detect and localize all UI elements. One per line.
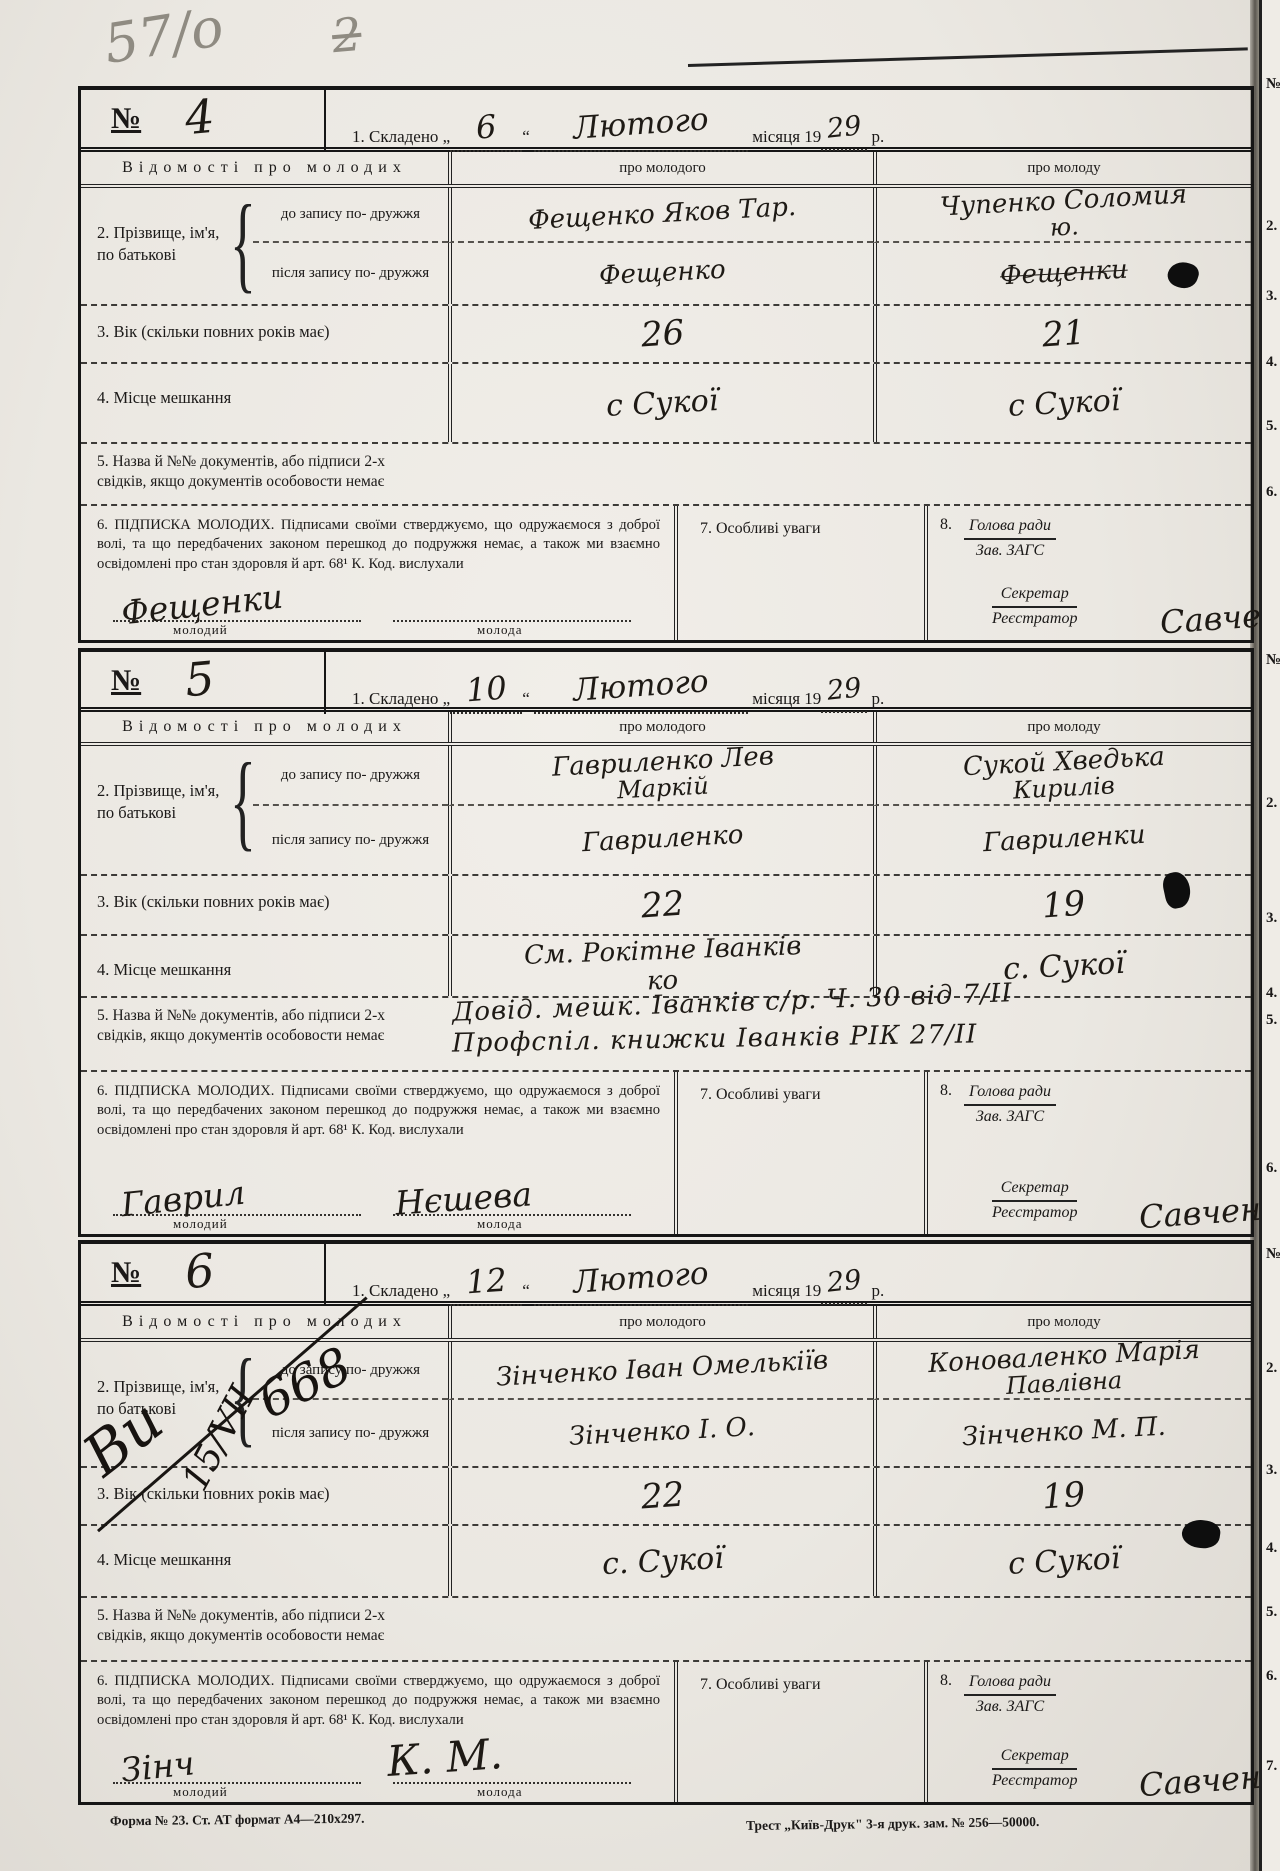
year-handwritten: 29 — [826, 110, 863, 144]
next-page-fragment-label: 2. — [1266, 218, 1277, 235]
documents-label-line2: свідків, якщо документів особовости нема… — [97, 1026, 448, 1046]
groom-name-after-cell: Зінченко І. О. — [448, 1400, 873, 1466]
misyatsya-label: місяця — [752, 689, 800, 708]
head-of-council-label: Голова ради — [964, 1082, 1056, 1106]
day-handwritten: 10 — [465, 669, 508, 710]
bride-signature-label: молода — [477, 1784, 523, 1800]
record-header-row: № 6 1. Складено „12“ Лютого місяця 1929 … — [81, 1244, 1251, 1306]
secretary-fraction: Секретар Реєстратор — [992, 1178, 1077, 1224]
day-handwritten: 6 — [475, 107, 498, 146]
next-page-fragment-label: 4. — [1266, 985, 1277, 1002]
documents-label: 5. Назва й №№ документів, або підписи 2-… — [81, 998, 448, 1070]
signatures-row: 6. ПІДПИСКА МОЛОДИХ. Підписами своїми ст… — [81, 1662, 1251, 1802]
next-page-fragment-label: 4. — [1266, 354, 1277, 371]
residence-row: 4. Місце мешкання с Сукої с Сукої — [81, 364, 1251, 444]
residence-label: 4. Місце мешкання — [81, 1526, 448, 1596]
oath-paragraph: 6. ПІДПИСКА МОЛОДИХ. Підписами своїми ст… — [97, 1082, 660, 1140]
age-label: 3. Вік (скільки повних років має) — [81, 876, 448, 934]
col-header-main: Відомості про молодих — [81, 152, 448, 184]
column-header-row: Відомості про молодих про молодого про м… — [81, 1306, 1251, 1342]
age-row: 3. Вік (скільки повних років має) 22 19 — [81, 876, 1251, 936]
col-header-main: Відомості про молодих — [81, 1306, 448, 1338]
next-page-fragment-label: 2. — [1266, 1360, 1277, 1377]
column-header-row: Відомості про молодих про молодого про м… — [81, 712, 1251, 746]
documents-label-line1: 5. Назва й №№ документів, або підписи 2-… — [97, 452, 448, 472]
bride-name-after-cell: Зінченко М. П. — [873, 1400, 1251, 1466]
groom-residence: с. Сукої — [601, 1540, 724, 1581]
open-quote: „ — [443, 689, 451, 708]
year-handwritten: 29 — [826, 1264, 863, 1298]
month-blank: Лютого — [534, 114, 748, 152]
oath-paragraph-cell: 6. ПІДПИСКА МОЛОДИХ. Підписами своїми ст… — [81, 1662, 674, 1802]
officials-cell: 8. Голова ради Зав. ЗАГС Секретар Реєстр… — [924, 1662, 1251, 1802]
month-handwritten: Лютого — [572, 1255, 710, 1300]
groom-name-after: Гавриленко — [581, 822, 744, 858]
next-page-fragment-label: 6. — [1266, 484, 1277, 501]
year-handwritten: 29 — [826, 672, 863, 706]
pencil-mark-top-center: 2 — [330, 7, 364, 63]
oath-paragraph: 6. ПІДПИСКА МОЛОДИХ. Підписами своїми ст… — [97, 516, 660, 574]
col-header-bride: про молоду — [873, 1306, 1251, 1338]
age-row: 3. Вік (скільки повних років має) 22 19 — [81, 1468, 1251, 1526]
head-of-council-fraction: Голова ради Зав. ЗАГС — [964, 1082, 1056, 1128]
brace-glyph: { — [230, 1344, 256, 1452]
open-quote: „ — [443, 1281, 451, 1300]
registrar-label: Реєстратор — [992, 608, 1077, 630]
next-page-fragment-label: № — [1266, 1246, 1280, 1263]
brace-glyph: { — [230, 748, 256, 856]
groom-signature-label: молодий — [173, 1216, 228, 1232]
documents-label-line2: свідків, якщо документів особовости нема… — [97, 472, 448, 492]
day-handwritten: 12 — [465, 1261, 508, 1302]
record-number-handwritten: 5 — [183, 651, 217, 707]
bride-signature-label: молода — [477, 1216, 523, 1232]
next-page-fragment-label: 6. — [1266, 1668, 1277, 1685]
composed-date-cell: 1. Складено „12“ Лютого місяця 1929 р. — [326, 1244, 1251, 1306]
groom-signature: Зінч — [119, 1743, 196, 1789]
col-header-main: Відомості про молодих — [81, 712, 448, 742]
bride-age-cell: 21 — [873, 306, 1251, 362]
head-of-council-fraction: Голова ради Зав. ЗАГС — [964, 1672, 1056, 1718]
bride-name-before-line2: Кирилів — [1013, 773, 1116, 803]
special-notes-cell: 7. Особливі уваги — [674, 506, 924, 640]
head-of-council-label: Голова ради — [964, 516, 1056, 540]
age-label: 3. Вік (скільки повних років має) — [81, 306, 448, 362]
signature-zone: Фещенки молодий молода — [95, 592, 666, 638]
name-row: 2. Прізвище, ім'я, по батькові { до запи… — [81, 188, 1251, 306]
after-marriage-label: після запису по- дружжя — [253, 243, 448, 304]
close-quote: “ — [522, 1281, 530, 1300]
signature-zone: Зінч К. М. молодий молода — [95, 1754, 666, 1800]
marriage-record-6: Ви 668 15/VII № 6 1. Складено „12“ Лютог… — [78, 1240, 1254, 1805]
name-row-label: 2. Прізвище, ім'я, по батькові { — [81, 746, 253, 874]
groom-age: 22 — [640, 1475, 686, 1518]
documents-label: 5. Назва й №№ документів, або підписи 2-… — [81, 1598, 448, 1660]
bride-name-after: Зінченко М. П. — [961, 1414, 1166, 1452]
signatures-row: 6. ПІДПИСКА МОЛОДИХ. Підписами своїми ст… — [81, 1072, 1251, 1234]
registrar-signature: Савче — [1159, 597, 1262, 642]
day-blank: 10 — [450, 674, 522, 714]
record-header-row: № 4 1. Складено „6“ Лютого місяця 1929 р… — [81, 90, 1251, 152]
groom-residence-cell: с. Сукої — [448, 1526, 873, 1596]
officials-cell: 8. Голова ради Зав. ЗАГС Секретар Реєстр… — [924, 1072, 1251, 1234]
groom-age-cell: 22 — [448, 876, 873, 934]
next-page-fragment-label: № — [1266, 652, 1280, 669]
no-label: № — [111, 102, 141, 135]
groom-name-before: Зінченко Іван Омелькіїв — [496, 1348, 829, 1393]
groom-name-after-cell: Фещенко — [448, 243, 873, 304]
marriage-record-5: № 5 1. Складено „10“ Лютого місяця 1929 … — [78, 648, 1254, 1237]
name-row-label: 2. Прізвище, ім'я, по батькові { — [81, 188, 253, 304]
documents-row: 5. Назва й №№ документів, або підписи 2-… — [81, 1598, 1251, 1662]
next-page-edge-strip: №2.3.4.5.6.№2.3.4.5.6.№2.3.4.5.6.7. — [1259, 0, 1280, 1871]
month-handwritten: Лютого — [572, 101, 710, 146]
r-suffix: р. — [872, 689, 885, 708]
bride-name-before-cell: Сукой Хведька Кирилів — [873, 746, 1251, 806]
head-of-council-fraction: Голова ради Зав. ЗАГС — [964, 516, 1056, 562]
next-page-fragment-label: 5. — [1266, 1012, 1277, 1029]
groom-age-cell: 22 — [448, 1468, 873, 1524]
residence-row: 4. Місце мешкання с. Сукої с Сукої — [81, 1526, 1251, 1598]
bride-age-cell: 19 — [873, 876, 1251, 934]
residence-label: 4. Місце мешкання — [81, 364, 448, 442]
record-number-cell: № 6 — [81, 1244, 326, 1306]
groom-name-after-cell: Гавриленко — [448, 806, 873, 874]
after-marriage-label: після запису по- дружжя — [253, 806, 448, 874]
documents-label-line2: свідків, якщо документів особовости нема… — [97, 1626, 448, 1646]
bride-name-after: Фещенки — [999, 256, 1128, 290]
r-suffix: р. — [872, 127, 885, 146]
no-label: № — [111, 664, 141, 697]
record-number-handwritten: 4 — [183, 89, 217, 145]
officials-number: 8. — [940, 1672, 952, 1689]
name-row: 2. Прізвище, ім'я, по батькові { до запи… — [81, 746, 1251, 876]
col-header-bride: про молоду — [873, 712, 1251, 742]
year-printed: 19 — [804, 1281, 821, 1300]
groom-name-before-cell: Фещенко Яков Тар. — [448, 188, 873, 243]
form-number-imprint: Форма № 23. Ст. АТ формат А4—210х297. — [110, 1811, 365, 1830]
bride-name-before-cell: Чупенко Соломия ю. — [873, 188, 1251, 243]
special-notes-cell: 7. Особливі уваги — [674, 1072, 924, 1234]
year-printed: 19 — [804, 689, 821, 708]
age-label: 3. Вік (скільки повних років має) — [81, 1468, 448, 1524]
next-page-fragment-label: 7. — [1266, 1758, 1277, 1775]
skladeno-label: 1. Складено — [352, 1281, 438, 1300]
next-page-fragment-label: 3. — [1266, 288, 1277, 305]
bride-age-cell: 19 — [873, 1468, 1251, 1524]
before-marriage-label: до запису по- дружжя — [253, 188, 448, 243]
bride-name-before-cell: Коноваленко Марія Павлівна — [873, 1342, 1251, 1400]
registrar-label: Реєстратор — [992, 1770, 1077, 1792]
zags-label: Зав. ЗАГС — [964, 540, 1056, 562]
col-header-bride: про молоду — [873, 152, 1251, 184]
bride-age: 19 — [1041, 884, 1087, 927]
name-row: 2. Прізвище, ім'я, по батькові { до запи… — [81, 1342, 1251, 1468]
documents-row: 5. Назва й №№ документів, або підписи 2-… — [81, 998, 1251, 1072]
column-header-row: Відомості про молодих про молодого про м… — [81, 152, 1251, 188]
no-label: № — [111, 1256, 141, 1289]
misyatsya-label: місяця — [752, 1281, 800, 1300]
groom-signature-label: молодий — [173, 622, 228, 638]
composed-date-cell: 1. Складено „10“ Лютого місяця 1929 р. — [326, 652, 1251, 714]
skladeno-label: 1. Складено — [352, 689, 438, 708]
marriage-record-4: № 4 1. Складено „6“ Лютого місяця 1929 р… — [78, 86, 1254, 643]
officials-number: 8. — [940, 516, 952, 533]
year-blank: 29 — [821, 118, 867, 151]
month-blank: Лютого — [534, 676, 748, 714]
documents-label: 5. Назва й №№ документів, або підписи 2-… — [81, 444, 448, 504]
month-blank: Лютого — [534, 1268, 748, 1306]
next-page-fragment-label: 6. — [1266, 1160, 1277, 1177]
groom-name-after: Зінченко І. О. — [569, 1415, 756, 1452]
oath-paragraph-cell: 6. ПІДПИСКА МОЛОДИХ. Підписами своїми ст… — [81, 506, 674, 640]
year-blank: 29 — [821, 1272, 867, 1305]
secretary-label: Секретар — [992, 584, 1077, 608]
residence-row: 4. Місце мешкання См. Рокітне Іванків ко… — [81, 936, 1251, 998]
next-page-fragment-label: № — [1266, 76, 1280, 93]
groom-age: 22 — [640, 884, 686, 927]
bride-residence-cell: с Сукої — [873, 364, 1251, 442]
bride-name-before-line2: Павлівна — [1005, 1368, 1122, 1399]
officials-number: 8. — [940, 1082, 952, 1099]
documents-row: 5. Назва й №№ документів, або підписи 2-… — [81, 444, 1251, 506]
brace-glyph: { — [230, 190, 256, 298]
before-marriage-label: до запису по- дружжя — [253, 1342, 448, 1400]
record-number-handwritten: 6 — [183, 1243, 217, 1299]
col-header-groom: про молодого — [448, 712, 873, 742]
groom-residence-cell: с Сукої — [448, 364, 873, 442]
open-quote: „ — [443, 127, 451, 146]
next-page-fragment-label: 2. — [1266, 795, 1277, 812]
record-number-cell: № 4 — [81, 90, 326, 152]
secretary-label: Секретар — [992, 1178, 1077, 1202]
groom-signature-label: молодий — [173, 1784, 228, 1800]
registrar-label: Реєстратор — [992, 1202, 1077, 1224]
next-page-fragment-label: 3. — [1266, 910, 1277, 927]
groom-name-before: Фещенко Яков Тар. — [528, 194, 797, 235]
secretary-label: Секретар — [992, 1746, 1077, 1770]
groom-name-before-line2: Маркій — [616, 774, 709, 804]
next-page-fragment-label: 3. — [1266, 1462, 1277, 1479]
col-header-groom: про молодого — [448, 152, 873, 184]
year-printed: 19 — [804, 127, 821, 146]
groom-age: 26 — [640, 313, 686, 356]
bride-name-before-line2: ю. — [1049, 215, 1079, 242]
groom-residence: См. Рокітне Іванків — [523, 931, 801, 971]
documents-value-cell: Довід. мешк. Іванків с/р. Ч. 30 від 7/ІІ… — [448, 998, 1251, 1070]
documents-value-cell — [448, 444, 1251, 504]
registrar-signature: Савчен — [1138, 1758, 1262, 1804]
misyatsya-label: місяця — [752, 127, 800, 146]
groom-residence: с Сукої — [606, 383, 720, 424]
bride-name-after: Гавриленки — [982, 822, 1146, 858]
officials-cell: 8. Голова ради Зав. ЗАГС Секретар Реєстр… — [924, 506, 1251, 640]
head-of-council-label: Голова ради — [964, 1672, 1056, 1696]
special-notes-cell: 7. Особливі уваги — [674, 1662, 924, 1802]
bride-residence: с Сукої — [1007, 1541, 1121, 1582]
skladeno-label: 1. Складено — [352, 127, 438, 146]
bride-age: 21 — [1041, 313, 1087, 356]
record-header-row: № 5 1. Складено „10“ Лютого місяця 1929 … — [81, 652, 1251, 712]
signatures-row: 6. ПІДПИСКА МОЛОДИХ. Підписами своїми ст… — [81, 506, 1251, 640]
bride-signature: К. М. — [385, 1729, 504, 1786]
groom-name-after: Фещенко — [599, 256, 727, 290]
groom-name-before-cell: Гавриленко Лев Маркій — [448, 746, 873, 806]
residence-label: 4. Місце мешкання — [81, 936, 448, 996]
groom-age-cell: 26 — [448, 306, 873, 362]
documents-line2: Профспіл. книжки Іванків РІК 27/ІІ — [452, 1019, 978, 1058]
bride-signature-label: молода — [477, 622, 523, 638]
r-suffix: р. — [872, 1281, 885, 1300]
after-marriage-label: після запису по- дружжя — [253, 1400, 448, 1466]
month-handwritten: Лютого — [572, 663, 710, 708]
name-row-label: 2. Прізвище, ім'я, по батькові { — [81, 1342, 253, 1466]
groom-name-before-cell: Зінченко Іван Омелькіїв — [448, 1342, 873, 1400]
zags-label: Зав. ЗАГС — [964, 1696, 1056, 1718]
day-blank: 6 — [450, 112, 522, 152]
secretary-fraction: Секретар Реєстратор — [992, 584, 1077, 630]
documents-label-line1: 5. Назва й №№ документів, або підписи 2-… — [97, 1006, 448, 1026]
composed-date-cell: 1. Складено „6“ Лютого місяця 1929 р. — [326, 90, 1251, 152]
documents-label-line1: 5. Назва й №№ документів, або підписи 2-… — [97, 1606, 448, 1626]
signature-zone: Гаврил Нєшева молодий молода — [95, 1186, 666, 1232]
close-quote: “ — [522, 689, 530, 708]
bride-residence: с. Сукої — [1002, 945, 1125, 986]
col-header-groom: про молодого — [448, 1306, 873, 1338]
next-page-fragment-label: 5. — [1266, 418, 1277, 435]
day-blank: 12 — [450, 1266, 522, 1306]
year-blank: 29 — [821, 680, 867, 713]
bride-age: 19 — [1041, 1475, 1087, 1518]
bride-name-after-cell: Гавриленки — [873, 806, 1251, 874]
record-number-cell: № 5 — [81, 652, 326, 714]
secretary-fraction: Секретар Реєстратор — [992, 1746, 1077, 1792]
documents-value-cell — [448, 1598, 1251, 1660]
next-page-fragment-label: 5. — [1266, 1604, 1277, 1621]
next-page-fragment-label: 4. — [1266, 1540, 1277, 1557]
bride-residence: с Сукої — [1007, 383, 1121, 424]
oath-paragraph-cell: 6. ПІДПИСКА МОЛОДИХ. Підписами своїми ст… — [81, 1072, 674, 1234]
close-quote: “ — [522, 127, 530, 146]
zags-label: Зав. ЗАГС — [964, 1106, 1056, 1128]
oath-paragraph: 6. ПІДПИСКА МОЛОДИХ. Підписами своїми ст… — [97, 1672, 660, 1730]
before-marriage-label: до запису по- дружжя — [253, 746, 448, 806]
registrar-signature: Савчен — [1138, 1190, 1262, 1236]
age-row: 3. Вік (скільки повних років має) 26 21 — [81, 306, 1251, 364]
